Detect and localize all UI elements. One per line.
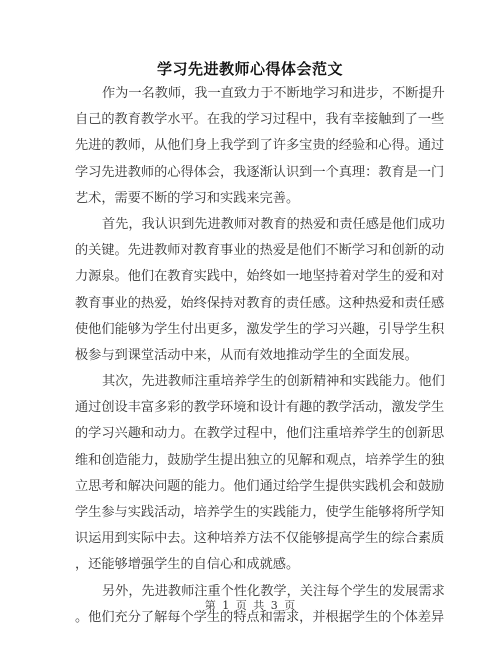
paragraph-2-line-1: 首先，我认识到先进教师对教育的热爱和责任感是他们成功 <box>75 212 418 238</box>
paragraph-3-line-3: 的学习兴趣和动力。在教学过程中，他们注重培养学生的创新思 <box>75 421 418 447</box>
paragraph-2-line-5: 使他们能够为学生付出更多，激发学生的学习兴趣，引导学生积 <box>75 317 418 343</box>
paragraph-1-line-1: 作为一名教师，我一直致力于不断地学习和进步，不断提升 <box>75 81 418 107</box>
paragraph-3-line-6: 学生参与实践活动，培养学生的实践能力，使学生能够将所学知 <box>75 500 418 526</box>
document-body: 作为一名教师，我一直致力于不断地学习和进步，不断提升 自己的教育教学水平。在我的… <box>75 81 418 631</box>
document-page: 学习先进教师心得体会范文 作为一名教师，我一直致力于不断地学习和进步，不断提升 … <box>0 0 500 647</box>
paragraph-2-line-4: 教育事业的热爱，始终保持对教育的责任感。这种热爱和责任感 <box>75 291 418 317</box>
paragraph-3-line-2: 通过创设丰富多彩的教学环境和设计有趣的教学活动，激发学生 <box>75 395 418 421</box>
paragraph-1-line-4: 学习先进教师的心得体会，我逐渐认识到一个真理：教育是一门 <box>75 160 418 186</box>
paragraph-2-line-6: 极参与到课堂活动中来，从而有效地推动学生的全面发展。 <box>75 343 418 369</box>
paragraph-3-line-1: 其次，先进教师注重培养学生的创新精神和实践能力。他们 <box>75 369 418 395</box>
paragraph-2-line-2: 的关键。先进教师对教育事业的热爱是他们不断学习和创新的动 <box>75 238 418 264</box>
paragraph-3-line-8: ，还能够增强学生的自信心和成就感。 <box>75 552 418 578</box>
paragraph-3-line-5: 立思考和解决问题的能力。他们通过给学生提供实践机会和鼓励 <box>75 474 418 500</box>
paragraph-1-line-2: 自己的教育教学水平。在我的学习过程中，我有幸接触到了一些 <box>75 107 418 133</box>
paragraph-1-line-5: 艺术，需要不断的学习和实践来完善。 <box>75 186 418 212</box>
paragraph-3-line-7: 识运用到实际中去。这种培养方法不仅能够提高学生的综合素质 <box>75 526 418 552</box>
document-title: 学习先进教师心得体会范文 <box>0 58 500 79</box>
paragraph-1-line-3: 先进的教师，从他们身上我学到了许多宝贵的经验和心得。通过 <box>75 133 418 159</box>
paragraph-2-line-3: 力源泉。他们在教育实践中，始终如一地坚持着对学生的爱和对 <box>75 264 418 290</box>
paragraph-3-line-4: 维和创造能力，鼓励学生提出独立的见解和观点，培养学生的独 <box>75 448 418 474</box>
page-number-footer: 第 1 页 共 3 页 <box>0 597 500 613</box>
